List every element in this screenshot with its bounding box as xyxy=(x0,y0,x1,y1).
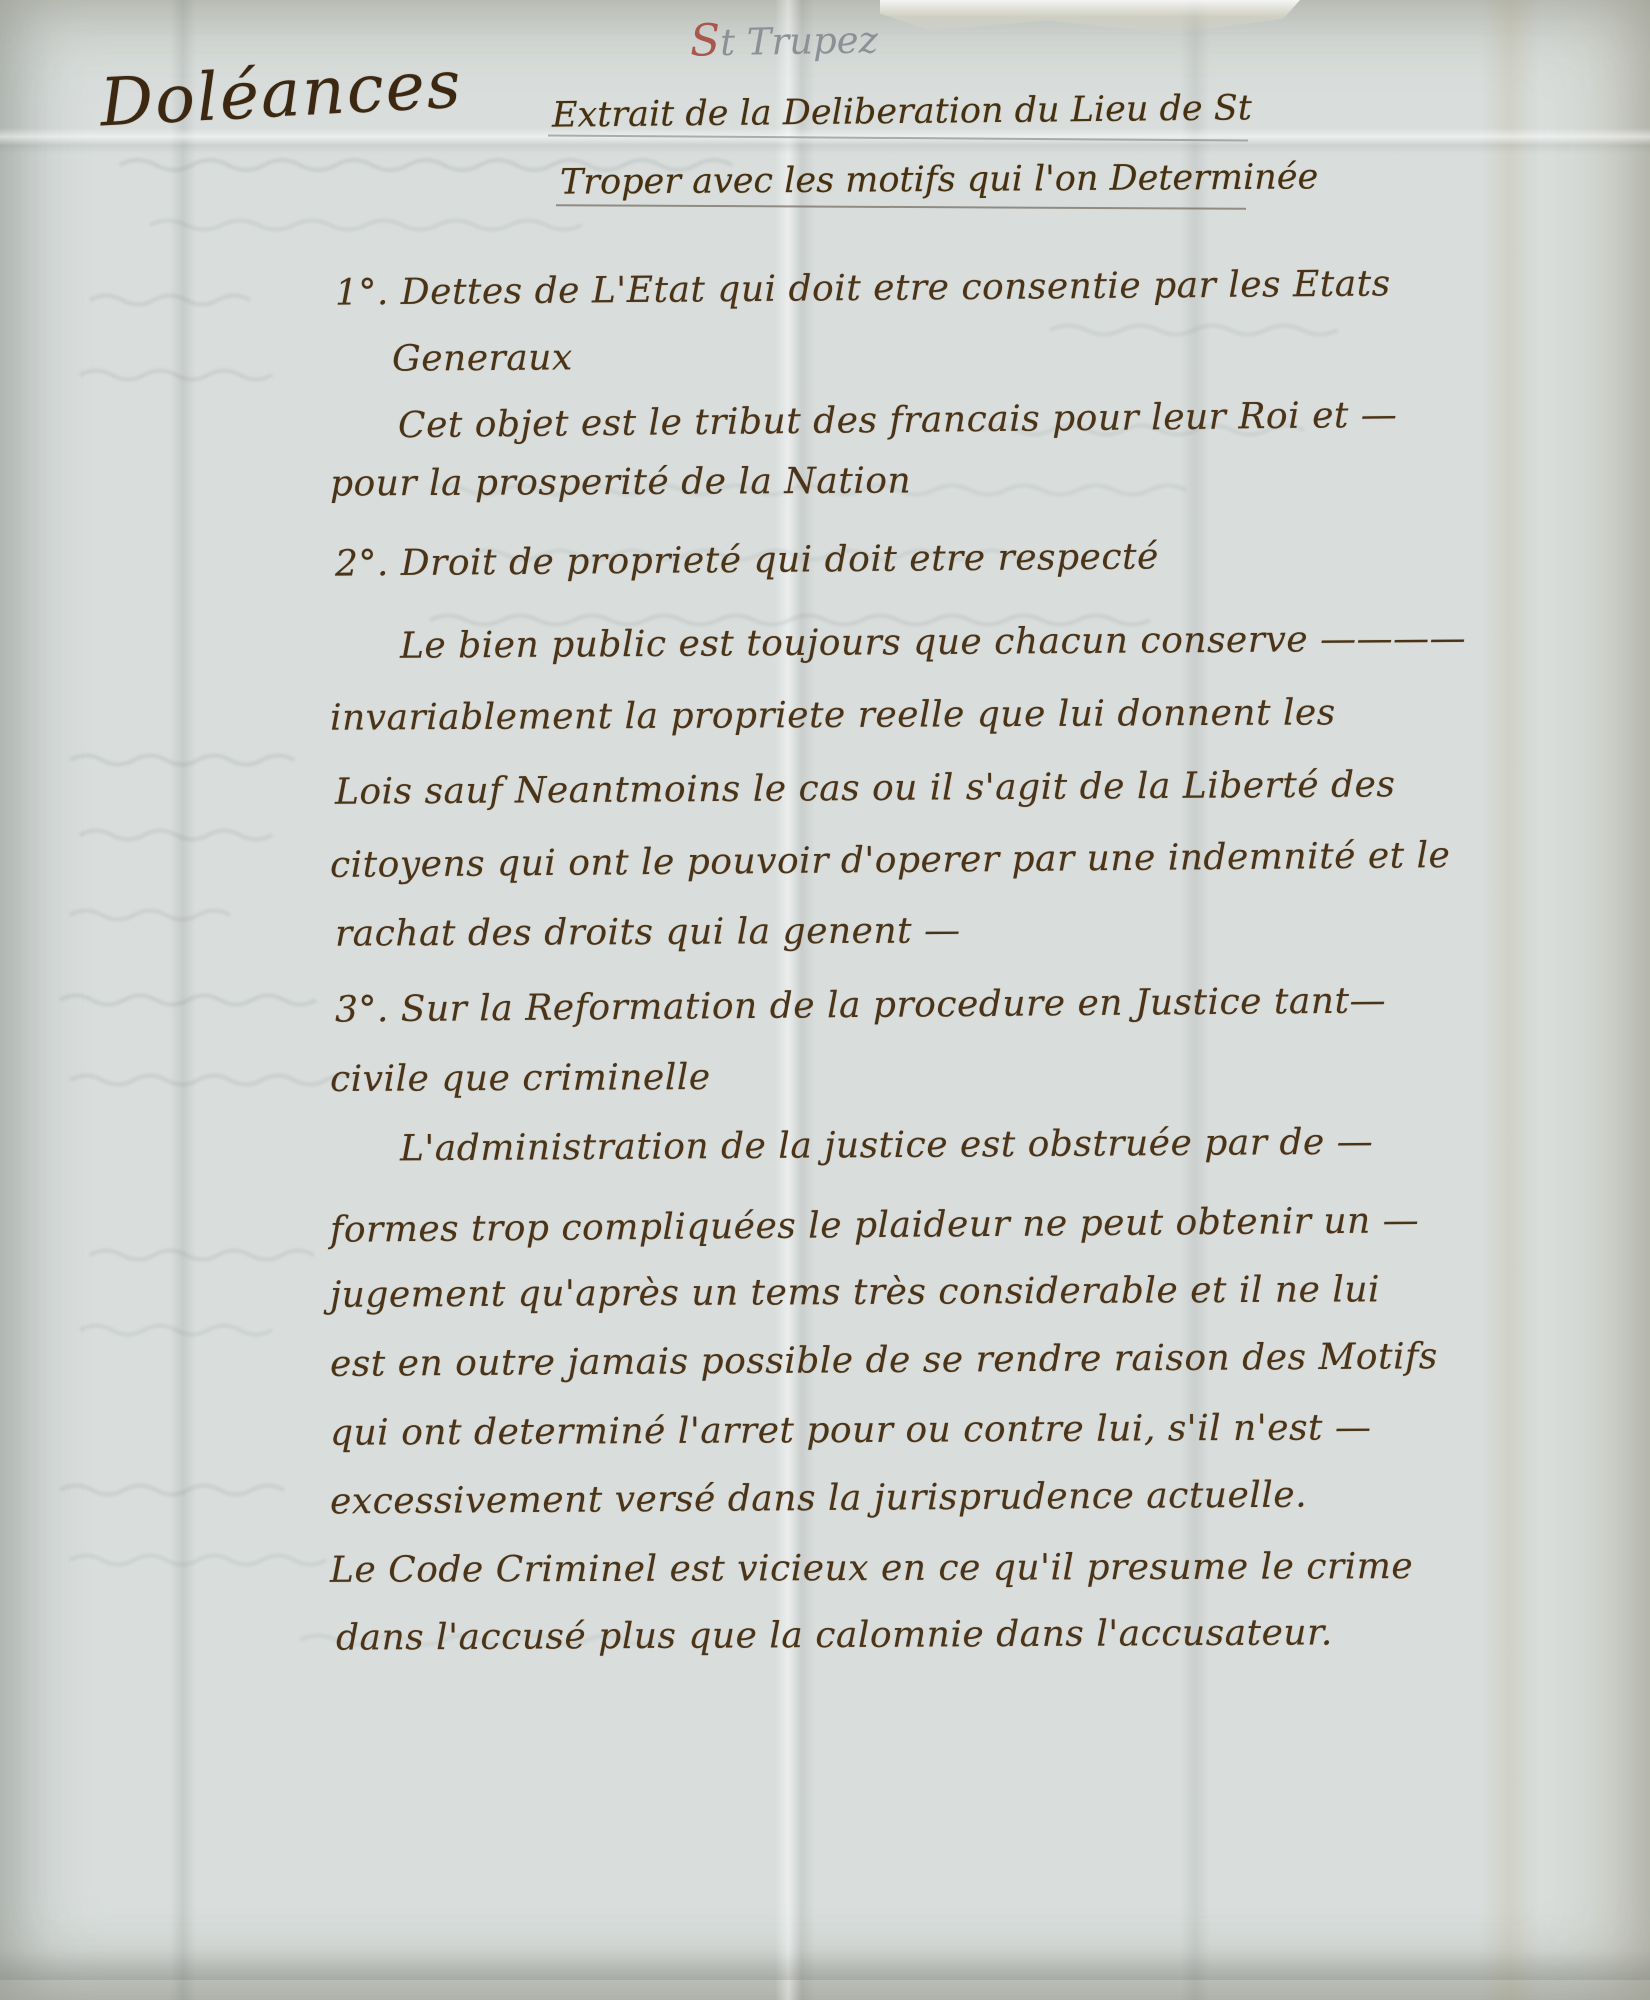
manuscript-line: est en outre jamais possible de se rendr… xyxy=(330,1336,1438,1385)
annotation-red-initial: S xyxy=(690,15,721,67)
manuscript-line: L'administration de la justice est obstr… xyxy=(400,1122,1373,1170)
manuscript-line: invariablement la propriete reelle que l… xyxy=(330,692,1336,738)
manuscript-line: Le bien public est toujours que chacun c… xyxy=(400,618,1466,666)
annotation-rest: t Trupez xyxy=(720,18,879,64)
manuscript-line: Lois sauf Neantmoins le cas ou il s'agit… xyxy=(335,764,1396,812)
document-title: Doléances xyxy=(98,46,464,142)
manuscript-line: Cet objet est le tribut des francais pou… xyxy=(398,395,1398,446)
manuscript-line: jugement qu'après un tems très considera… xyxy=(330,1269,1380,1315)
manuscript-line: civile que criminelle xyxy=(330,1057,711,1100)
manuscript-line: dans l'accusé plus que la calomnie dans … xyxy=(336,1612,1333,1658)
manuscript-line: rachat des droits qui la genent — xyxy=(335,910,961,954)
manuscript-line: pour la prosperité de la Nation xyxy=(330,460,911,504)
bottom-edge-shadow xyxy=(0,1950,1650,1980)
pencil-underline xyxy=(548,135,1248,142)
manuscript-line: Generaux xyxy=(392,337,573,379)
manuscript-line: 3°. Sur la Reformation de la procedure e… xyxy=(335,980,1386,1030)
manuscript-line: 1°. Dettes de L'Etat qui doit etre conse… xyxy=(335,263,1391,313)
manuscript-line: Le Code Criminel est vicieux en ce qu'il… xyxy=(330,1546,1413,1591)
manuscript-line: 2°. Droit de proprieté qui doit etre res… xyxy=(335,536,1159,584)
pencil-placename-annotation: St Trupez xyxy=(690,12,879,66)
right-edge-discoloration xyxy=(1480,0,1540,2000)
header-line-1: Extrait de la Deliberation du Lieu de St xyxy=(552,88,1252,135)
ink-underline xyxy=(556,204,1246,210)
header-line-2: Troper avec les motifs qui l'on Determin… xyxy=(560,157,1318,202)
manuscript-line: citoyens qui ont le pouvoir d'operer par… xyxy=(330,835,1451,886)
top-edge-tear xyxy=(880,0,1300,34)
manuscript-line: excessivement versé dans la jurisprudenc… xyxy=(330,1475,1307,1523)
manuscript-line: qui ont determiné l'arret pour ou contre… xyxy=(330,1407,1372,1453)
manuscript-line: formes trop compliquées le plaideur ne p… xyxy=(330,1200,1420,1251)
vertical-crease xyxy=(170,0,196,2000)
manuscript-page: St Trupez Doléances Extrait de la Delibe… xyxy=(0,0,1650,2000)
